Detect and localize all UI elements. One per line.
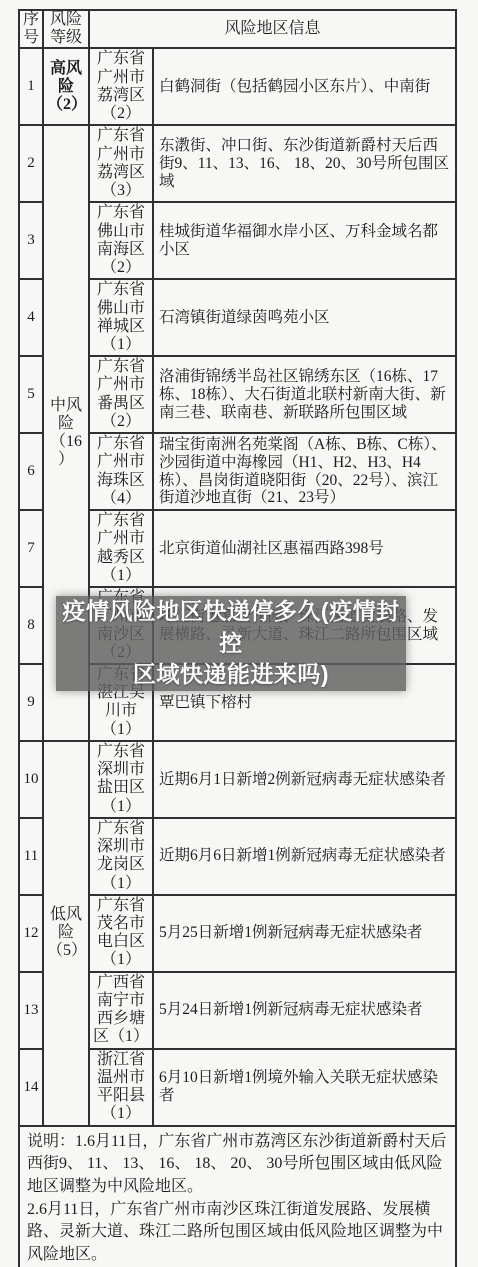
row-number: 11 — [19, 818, 43, 895]
area-info-cell: 白鹤洞街（包括鹤园小区东片）、中南街 — [153, 48, 456, 125]
risk-level-cell: 高风险（2） — [43, 48, 89, 125]
area-info-cell: 瑞宝街南洲名苑棠阁（A栋、B栋、C栋）、沙园街道中海橡园（H1、H2、H3、H4… — [153, 433, 456, 510]
region-cell: 广东省茂名市电白区（1） — [89, 895, 153, 972]
table-row: 2中风险（16）广东省广州市荔湾区（3）东漖街、冲口街、东沙街道新爵村天后西街9… — [19, 125, 456, 202]
area-info-cell: 桂城街道华福御水岸小区、万科金域名都小区 — [153, 202, 456, 279]
region-cell: 浙江省温州市平阳县（1） — [89, 1049, 153, 1126]
header-risk-area-info: 风险地区信息 — [89, 10, 456, 48]
area-info-cell: 洛浦街锦绣半岛社区锦绣东区（16栋、17栋、18栋）、大石街道北联村新南大街、新… — [153, 356, 456, 433]
region-cell: 广西省南宁市西乡塘区（1） — [89, 972, 153, 1049]
note-row: 说明：1.6月11日，广东省广州市荔湾区东沙街道新爵村天后西街9、 11、 13… — [19, 1126, 456, 1267]
row-number: 3 — [19, 202, 43, 279]
region-cell: 广东省深圳市龙岗区（1） — [89, 818, 153, 895]
row-number: 12 — [19, 895, 43, 972]
area-info-cell: 5月24日新增1例新冠病毒无症状感染者 — [153, 972, 456, 1049]
watermark-caption: 疫情风险地区快递停多久(疫情封控 区域快递能进来吗) — [56, 596, 406, 691]
region-cell: 广东省广州市海珠区（4） — [89, 433, 153, 510]
region-cell: 广东省广州市荔湾区（3） — [89, 125, 153, 202]
region-cell: 广东省广州市番禺区（2） — [89, 356, 153, 433]
region-cell: 广东省深圳市盐田区（1） — [89, 741, 153, 818]
area-info-cell: 6月10日新增1例境外输入关联无症状感染者 — [153, 1049, 456, 1126]
note-item-1: 说明：1.6月11日，广东省广州市荔湾区东沙街道新爵村天后西街9、 11、 13… — [27, 1131, 448, 1199]
table-row: 1高风险（2）广东省广州市荔湾区（2）白鹤洞街（包括鹤园小区东片）、中南街 — [19, 48, 456, 125]
area-info-cell: 石湾镇街道绿茵鸣苑小区 — [153, 279, 456, 356]
area-info-cell: 北京街道仙湖社区惠福西路398号 — [153, 510, 456, 587]
header-risk-level: 风险等级 — [43, 10, 89, 48]
note-item-2: 2.6月11日，广东省广州市南沙区珠江街道发展路、发展横路、灵新大道、珠江二路所… — [27, 1199, 448, 1267]
region-cell: 广东省广州市荔湾区（2） — [89, 48, 153, 125]
row-number: 4 — [19, 279, 43, 356]
row-number: 10 — [19, 741, 43, 818]
row-number: 9 — [19, 664, 43, 741]
area-info-cell: 东漖街、冲口街、东沙街道新爵村天后西街9、11、13、16、 18、20、30号… — [153, 125, 456, 202]
row-number: 1 — [19, 48, 43, 125]
row-number: 2 — [19, 125, 43, 202]
row-number: 8 — [19, 587, 43, 664]
region-cell: 广东省广州市越秀区（1） — [89, 510, 153, 587]
region-cell: 广东省佛山市禅城区（1） — [89, 279, 153, 356]
watermark-caption-line2: 区域快递能进来吗) — [56, 659, 406, 691]
header-seq-no: 序号 — [19, 10, 43, 48]
area-info-cell: 近期6月6日新增1例新冠病毒无症状感染者 — [153, 818, 456, 895]
area-info-cell: 5月25日新增1例新冠病毒无症状感染者 — [153, 895, 456, 972]
note-cell: 说明：1.6月11日，广东省广州市荔湾区东沙街道新爵村天后西街9、 11、 13… — [19, 1126, 456, 1267]
row-number: 14 — [19, 1049, 43, 1126]
area-info-cell: 近期6月1日新增2例新冠病毒无症状感染者 — [153, 741, 456, 818]
watermark-caption-line1: 疫情风险地区快递停多久(疫情封控 — [56, 596, 406, 659]
row-number: 13 — [19, 972, 43, 1049]
risk-level-cell: 低风险（5） — [43, 741, 89, 1126]
region-cell: 广东省佛山市南海区（2） — [89, 202, 153, 279]
row-number: 7 — [19, 510, 43, 587]
risk-table-body: 1高风险（2）广东省广州市荔湾区（2）白鹤洞街（包括鹤园小区东片）、中南街2中风… — [19, 48, 456, 1125]
table-row: 10低风险（5）广东省深圳市盐田区（1）近期6月1日新增2例新冠病毒无症状感染者 — [19, 741, 456, 818]
row-number: 6 — [19, 433, 43, 510]
page: { "page": { "background": "#f7f7f5", "bo… — [0, 0, 478, 1267]
header-row: 序号 风险等级 风险地区信息 — [19, 10, 456, 48]
row-number: 5 — [19, 356, 43, 433]
